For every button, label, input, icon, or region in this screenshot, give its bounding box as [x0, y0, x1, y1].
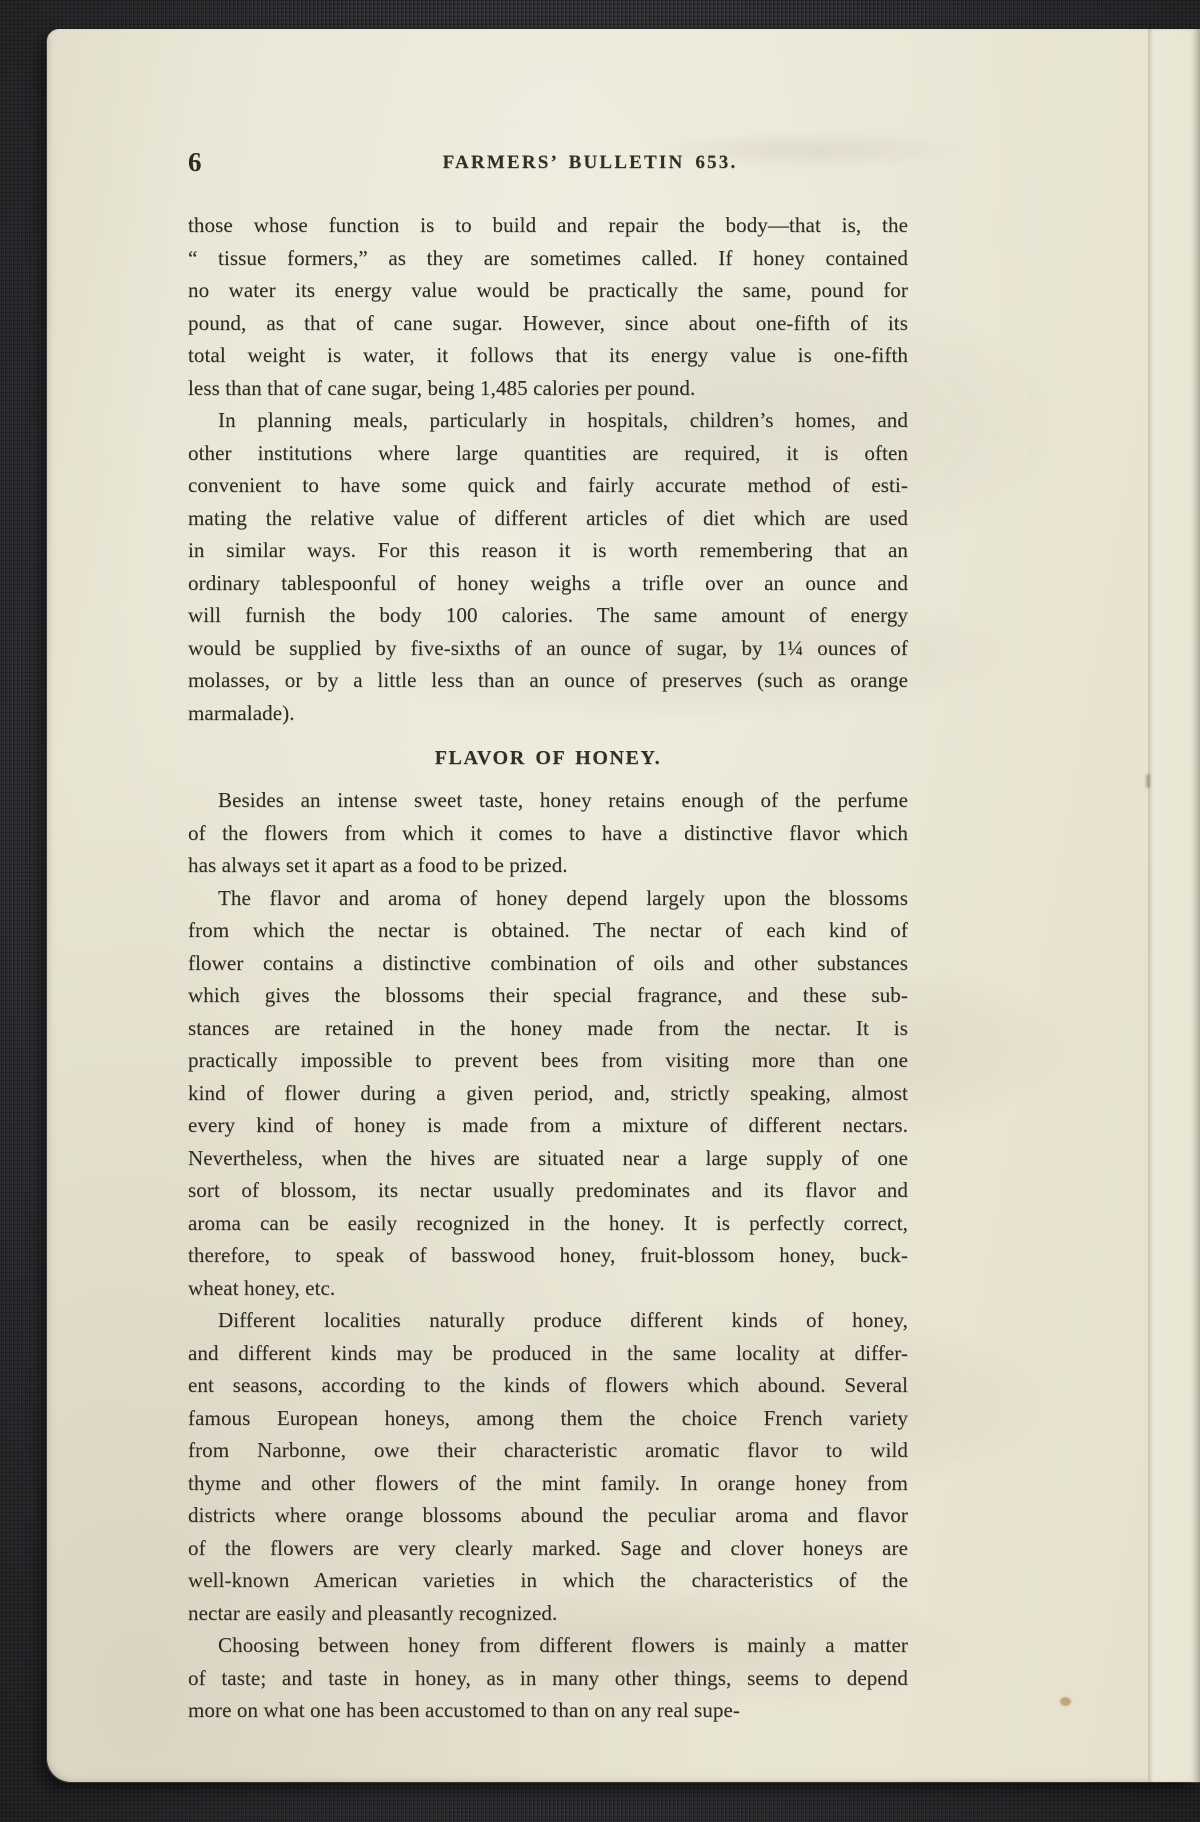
- text-line: of taste; and taste in honey, as in many…: [188, 1662, 908, 1695]
- text-line: molasses, or by a little less than an ou…: [188, 664, 908, 697]
- fold-notch: [1146, 774, 1150, 788]
- text-line: In planning meals, particularly in hospi…: [188, 404, 908, 437]
- text-line: Nevertheless, when the hives are situate…: [188, 1142, 908, 1175]
- text-line: other institutions where large quantitie…: [188, 437, 908, 470]
- text-line: no water its energy value would be pract…: [188, 274, 908, 307]
- page-fold-crease: [1148, 29, 1200, 1782]
- text-line: Besides an intense sweet taste, honey re…: [188, 784, 908, 817]
- text-line: from which the nectar is obtained. The n…: [188, 914, 908, 947]
- text-line: has always set it apart as a food to be …: [188, 849, 908, 882]
- text-line: every kind of honey is made from a mixtu…: [188, 1109, 908, 1142]
- text-line: sort of blossom, its nectar usually pred…: [188, 1174, 908, 1207]
- text-line: kind of flower during a given period, an…: [188, 1077, 908, 1110]
- text-line: Different localities naturally produce d…: [188, 1304, 908, 1337]
- text-line: which gives the blossoms their special f…: [188, 979, 908, 1012]
- text-line: ent seasons, according to the kinds of f…: [188, 1369, 908, 1402]
- text-line: therefore, to speak of basswood honey, f…: [188, 1239, 908, 1272]
- text-line: of the flowers are very clearly marked. …: [188, 1532, 908, 1565]
- text-line: convenient to have some quick and fairly…: [188, 469, 908, 502]
- text-line: in similar ways. For this reason it is w…: [188, 534, 908, 567]
- text-line: wheat honey, etc.: [188, 1272, 908, 1305]
- text-line: practically impossible to prevent bees f…: [188, 1044, 908, 1077]
- text-line: thyme and other flowers of the mint fami…: [188, 1467, 908, 1500]
- text-line: famous European honeys, among them the c…: [188, 1402, 908, 1435]
- text-line: flower contains a distinctive combinatio…: [188, 947, 908, 980]
- page-header: 6 FARMERS’ BULLETIN 653.: [188, 147, 908, 181]
- text-line: from Narbonne, owe their characteristic …: [188, 1434, 908, 1467]
- paper-stain: [1060, 1697, 1071, 1706]
- text-line: aroma can be easily recognized in the ho…: [188, 1207, 908, 1240]
- text-line: ordinary tablespoonful of honey weighs a…: [188, 567, 908, 600]
- text-line: “ tissue formers,” as they are sometimes…: [188, 242, 908, 275]
- document-page: 6 FARMERS’ BULLETIN 653. those whose fun…: [47, 29, 1200, 1782]
- body-text-column: those whose function is to build and rep…: [188, 209, 908, 1727]
- text-line: marmalade).: [188, 697, 908, 730]
- text-line: less than that of cane sugar, being 1,48…: [188, 372, 908, 405]
- text-line: districts where orange blossoms abound t…: [188, 1499, 908, 1532]
- text-line: mating the relative value of different a…: [188, 502, 908, 535]
- text-line: more on what one has been accustomed to …: [188, 1694, 908, 1727]
- text-line: and different kinds may be produced in t…: [188, 1337, 908, 1370]
- text-line: will furnish the body 100 calories. The …: [188, 599, 908, 632]
- text-line: of the flowers from which it comes to ha…: [188, 817, 908, 850]
- text-line: Choosing between honey from different fl…: [188, 1629, 908, 1662]
- text-line: stances are retained in the honey made f…: [188, 1012, 908, 1045]
- text-line: would be supplied by five-sixths of an o…: [188, 632, 908, 665]
- section-heading: FLAVOR OF HONEY.: [188, 742, 908, 774]
- text-line: those whose function is to build and rep…: [188, 209, 908, 242]
- text-line: The flavor and aroma of honey depend lar…: [188, 882, 908, 915]
- page-number: 6: [188, 147, 202, 177]
- running-title: FARMERS’ BULLETIN 653.: [230, 151, 950, 175]
- text-line: total weight is water, it follows that i…: [188, 339, 908, 372]
- text-line: pound, as that of cane sugar. However, s…: [188, 307, 908, 340]
- text-line: well-known American varieties in which t…: [188, 1564, 908, 1597]
- text-line: nectar are easily and pleasantly recogni…: [188, 1597, 908, 1630]
